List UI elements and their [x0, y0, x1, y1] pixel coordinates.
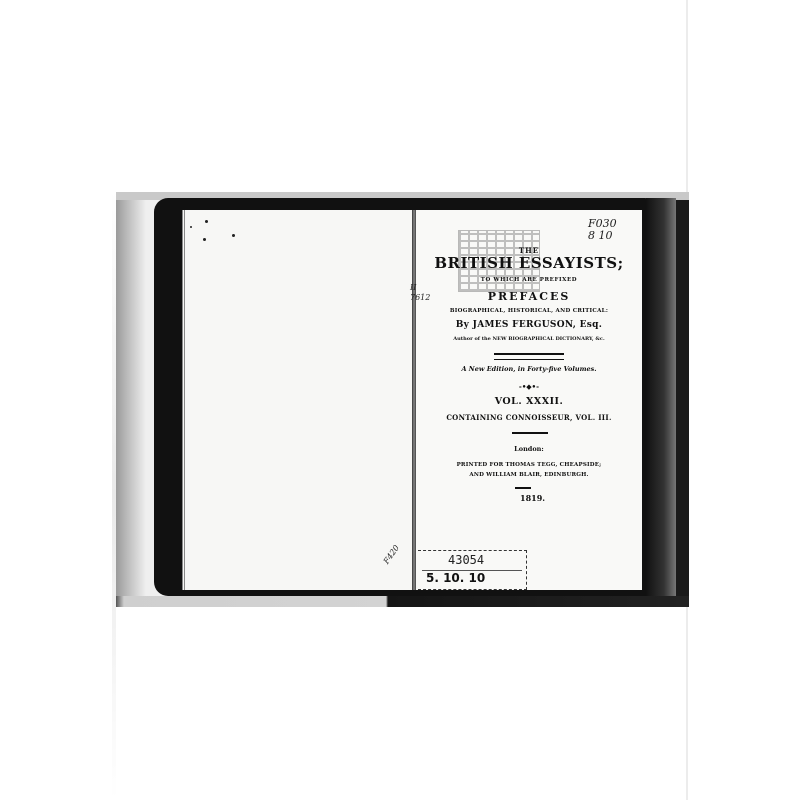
imprint-place: London: — [416, 445, 642, 453]
background-bottom — [116, 596, 689, 607]
prefixed-line: TO WHICH ARE PREFIXED — [416, 277, 642, 283]
title-page: F030 8 10 II 7612 THE BRITISH ESSAYISTS;… — [416, 210, 642, 590]
volume-contents: CONTAINING CONNOISSEUR, VOL. III. — [416, 413, 642, 422]
ink-speck — [190, 226, 192, 228]
library-accession-stamp: 43054 5. 10. 10 — [418, 550, 527, 590]
imprint-printer-line-1: PRINTED FOR THOMAS TEGG, CHEAPSIDE; — [416, 462, 642, 468]
short-rule-divider — [515, 487, 531, 489]
publication-year: 1819. — [520, 493, 545, 503]
subtitle: BIOGRAPHICAL, HISTORICAL, AND CRITICAL: — [416, 308, 642, 314]
double-rule-divider — [494, 353, 564, 360]
volume-number: VOL. XXXII. — [416, 396, 642, 407]
ornament-divider: -•◆•- — [416, 382, 642, 391]
ink-speck — [232, 234, 235, 237]
ink-speck — [205, 220, 208, 223]
imprint-printer-line-2: AND WILLIAM BLAIR, EDINBURGH. — [416, 472, 642, 478]
prefaces-heading: PREFACES — [416, 290, 642, 303]
manuscript-note-left: F420 — [382, 543, 401, 565]
accession-date: 5. 10. 10 — [426, 571, 485, 585]
author-description: Author of the NEW BIOGRAPHICAL DICTIONAR… — [416, 336, 642, 342]
author-line: By JAMES FERGUSON, Esq. — [416, 320, 642, 330]
rule-divider — [512, 432, 548, 434]
edition-line: A New Edition, in Forty-five Volumes. — [416, 365, 642, 373]
book-cover-edge — [646, 198, 676, 596]
manuscript-shelfmark: F030 8 10 — [588, 218, 617, 242]
book-photo: F420 F030 8 10 II 7612 THE BRITISH ESSAY… — [116, 192, 689, 607]
book-title: BRITISH ESSAYISTS; — [416, 254, 642, 272]
ink-speck — [203, 238, 206, 241]
left-page: F420 — [182, 210, 416, 590]
accession-number: 43054 — [448, 553, 484, 567]
